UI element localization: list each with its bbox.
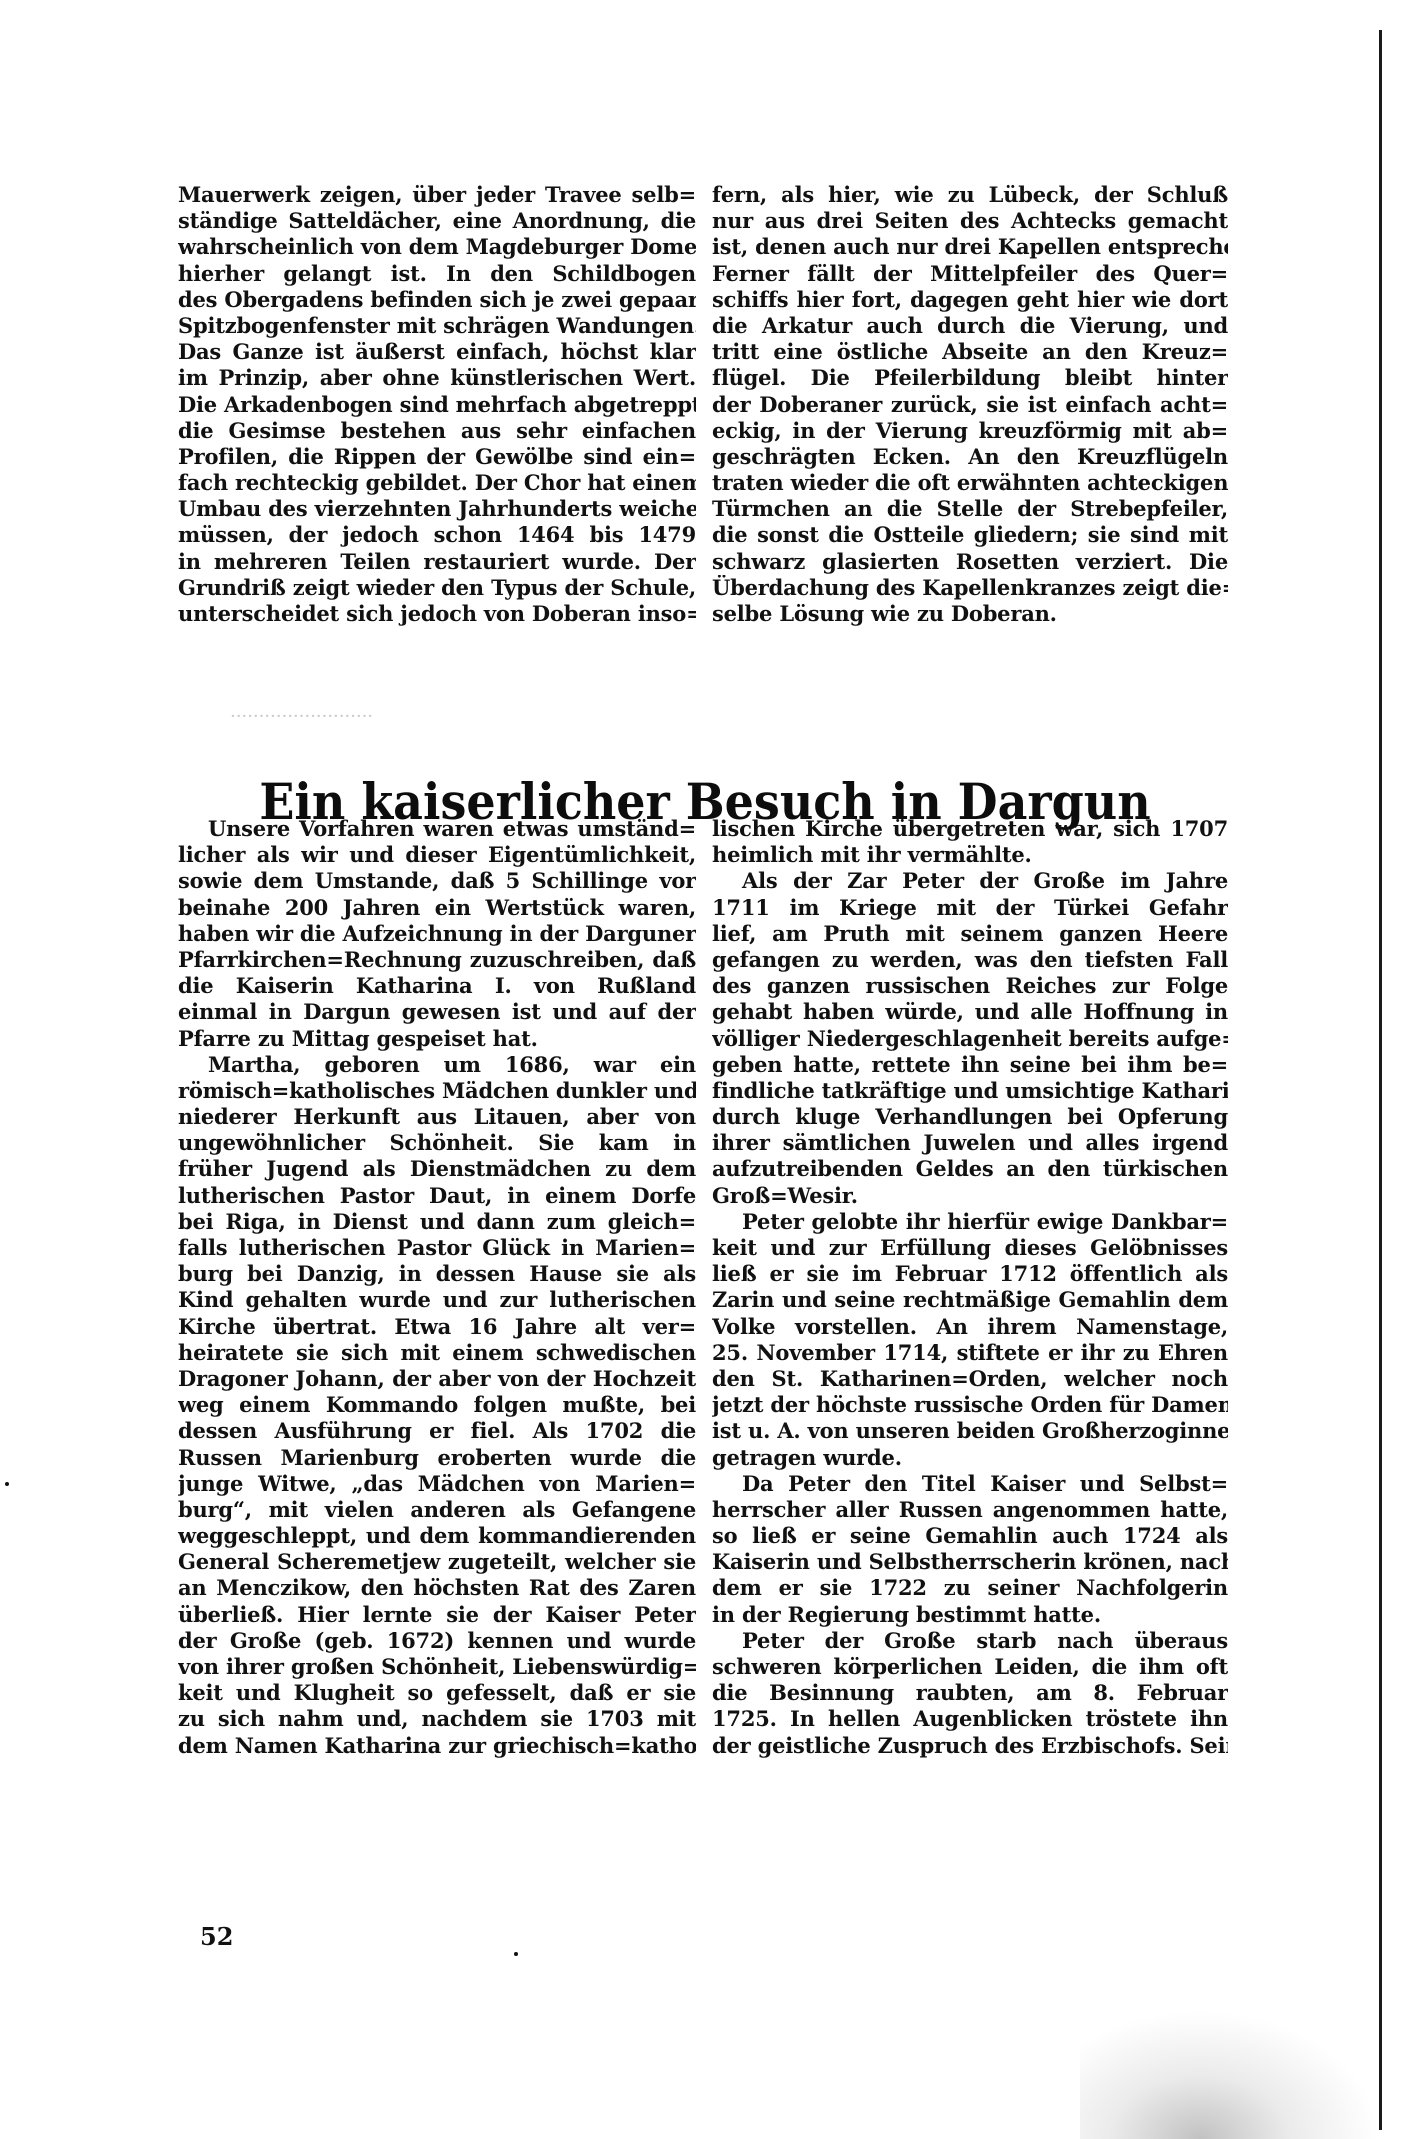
text-line: schwarz glasierten Rosetten verziert. Di… <box>712 549 1228 575</box>
text-line: in der Regierung bestimmt hatte. <box>712 1602 1228 1628</box>
text-line: fach rechteckig gebildet. Der Chor hat e… <box>178 470 696 496</box>
text-line: der Doberaner zurück, sie ist einfach ac… <box>712 392 1228 418</box>
text-line: geben hatte, rettete ihn seine bei ihm b… <box>712 1052 1228 1078</box>
text-line: heimlich mit ihr vermählte. <box>712 842 1228 868</box>
text-line: Türmchen an die Stelle der Strebepfeiler… <box>712 496 1228 522</box>
text-line: Kirche übertrat. Etwa 16 Jahre alt ver= <box>178 1314 696 1340</box>
text-line: dessen Ausführung er fiel. Als 1702 die <box>178 1418 696 1444</box>
text-line: findliche tatkräftige und umsichtige Kat… <box>712 1078 1228 1104</box>
text-line: des ganzen russischen Reiches zur Folge <box>712 973 1228 999</box>
text-line: Pfarre zu Mittag gespeiset hat. <box>178 1026 696 1052</box>
text-line: Martha, geboren um 1686, war ein <box>178 1052 696 1078</box>
ink-speck <box>514 1952 518 1956</box>
text-line: flügel. Die Pfeilerbildung bleibt hinter <box>712 365 1228 391</box>
text-line: heiratete sie sich mit einem schwedische… <box>178 1340 696 1366</box>
text-line: schweren körperlichen Leiden, die ihm of… <box>712 1654 1228 1680</box>
text-line: die Besinnung raubten, am 8. Februar <box>712 1680 1228 1706</box>
text-line: Unsere Vorfahren waren etwas umständ= <box>178 816 696 842</box>
text-line: bei Riga, in Dienst und dann zum gleich= <box>178 1209 696 1235</box>
text-line: ist u. A. von unseren beiden Großherzogi… <box>712 1418 1228 1444</box>
text-line: beinahe 200 Jahren ein Wertstück waren, <box>178 895 696 921</box>
text-line: die Kaiserin Katharina I. von Rußland <box>178 973 696 999</box>
text-line: falls lutherischen Pastor Glück in Marie… <box>178 1235 696 1261</box>
text-line: Grundriß zeigt wieder den Typus der Schu… <box>178 575 696 601</box>
text-line: Pfarrkirchen=Rechnung zuzuschreiben, daß <box>178 947 696 973</box>
text-line: Ferner fällt der Mittelpfeiler des Quer= <box>712 261 1228 287</box>
text-line: so ließ er seine Gemahlin auch 1724 als <box>712 1523 1228 1549</box>
text-line: jetzt der höchste russische Orden für Da… <box>712 1392 1228 1418</box>
text-line: haben wir die Aufzeichnung in der Dargun… <box>178 921 696 947</box>
text-line: unterscheidet sich jedoch von Doberan in… <box>178 601 696 627</box>
text-line: herrscher aller Russen angenommen hatte, <box>712 1497 1228 1523</box>
text-line: weggeschleppt, und dem kommandierenden <box>178 1523 696 1549</box>
text-line: ist, denen auch nur drei Kapellen entspr… <box>712 234 1228 260</box>
text-line: Peter der Große starb nach überaus <box>712 1628 1228 1654</box>
text-line: nur aus drei Seiten des Achtecks gemacht <box>712 208 1228 234</box>
text-line: licher als wir und dieser Eigentümlichke… <box>178 842 696 868</box>
text-line: General Scheremetjew zugeteilt, welcher … <box>178 1549 696 1575</box>
text-line: getragen wurde. <box>712 1445 1228 1471</box>
text-line: Spitzbogenfenster mit schrägen Wandungen… <box>178 313 696 339</box>
text-line: Groß=Wesir. <box>712 1183 1228 1209</box>
text-line: die Arkatur auch durch die Vierung, und <box>712 313 1228 339</box>
text-line: von ihrer großen Schönheit, Liebenswürdi… <box>178 1654 696 1680</box>
text-line: römisch=katholisches Mädchen dunkler und <box>178 1078 696 1104</box>
bottom-left-column: Unsere Vorfahren waren etwas umständ=lic… <box>178 816 696 1759</box>
top-right-column: fern, als hier, wie zu Lübeck, der Schlu… <box>712 182 1228 627</box>
text-line: zu sich nahm und, nachdem sie 1703 mit <box>178 1706 696 1732</box>
text-line: Dragoner Johann, der aber von der Hochze… <box>178 1366 696 1392</box>
text-line: lief, am Pruth mit seinem ganzen Heere <box>712 921 1228 947</box>
text-line: Umbau des vierzehnten Jahrhunderts weich… <box>178 496 696 522</box>
text-line: traten wieder die oft erwähnten achtecki… <box>712 470 1228 496</box>
text-line: schiffs hier fort, dagegen geht hier wie… <box>712 287 1228 313</box>
text-line: wahrscheinlich von dem Magdeburger Dome <box>178 234 696 260</box>
text-line: burg“, mit vielen anderen als Gefangene <box>178 1497 696 1523</box>
scan-noise <box>1080 2010 1380 2139</box>
text-line: tritt eine östliche Abseite an den Kreuz… <box>712 339 1228 365</box>
text-line: den St. Katharinen=Orden, welcher noch <box>712 1366 1228 1392</box>
text-line: müssen, der jedoch schon 1464 bis 1479 <box>178 522 696 548</box>
text-line: Kind gehalten wurde und zur lutherischen <box>178 1287 696 1313</box>
text-line: Überdachung des Kapellenkranzes zeigt di… <box>712 575 1228 601</box>
text-line: aufzutreibenden Geldes an den türkischen <box>712 1156 1228 1182</box>
text-line: hierher gelangt ist. In den Schildbogen <box>178 261 696 287</box>
text-line: in mehreren Teilen restauriert wurde. De… <box>178 549 696 575</box>
text-line: überließ. Hier lernte sie der Kaiser Pet… <box>178 1602 696 1628</box>
text-line: Zarin und seine rechtmäßige Gemahlin dem <box>712 1287 1228 1313</box>
text-line: eckig, in der Vierung kreuzförmig mit ab… <box>712 418 1228 444</box>
text-line: lischen Kirche übergetreten war, sich 17… <box>712 816 1228 842</box>
page-binding-edge <box>1379 30 1382 2130</box>
text-line: gehabt haben würde, und alle Hoffnung in <box>712 999 1228 1025</box>
text-line: Profilen, die Rippen der Gewölbe sind ei… <box>178 444 696 470</box>
text-line: dem Namen Katharina zur griechisch=katho… <box>178 1733 696 1759</box>
text-line: einmal in Dargun gewesen ist und auf der <box>178 999 696 1025</box>
text-line: ließ er sie im Februar 1712 öffentlich a… <box>712 1261 1228 1287</box>
text-line: lutherischen Pastor Daut, in einem Dorfe <box>178 1183 696 1209</box>
top-left-column: Mauerwerk zeigen, über jeder Travee selb… <box>178 182 696 627</box>
text-line: ständige Satteldächer, eine Anordnung, d… <box>178 208 696 234</box>
text-line: burg bei Danzig, in dessen Hause sie als <box>178 1261 696 1287</box>
text-line: Das Ganze ist äußerst einfach, höchst kl… <box>178 339 696 365</box>
text-line: Mauerwerk zeigen, über jeder Travee selb… <box>178 182 696 208</box>
text-line: 25. November 1714, stiftete er ihr zu Eh… <box>712 1340 1228 1366</box>
text-line: völliger Niedergeschlagenheit bereits au… <box>712 1026 1228 1052</box>
text-line: sowie dem Umstande, daß 5 Schillinge vor <box>178 868 696 894</box>
text-line: fern, als hier, wie zu Lübeck, der Schlu… <box>712 182 1228 208</box>
text-line: geschrägten Ecken. An den Kreuzflügeln <box>712 444 1228 470</box>
text-line: die sonst die Ostteile gliedern; sie sin… <box>712 522 1228 548</box>
text-line: an Menczikow, den höchsten Rat des Zaren <box>178 1575 696 1601</box>
text-line: die Gesimse bestehen aus sehr einfachen <box>178 418 696 444</box>
text-line: gefangen zu werden, was den tiefsten Fal… <box>712 947 1228 973</box>
bleed-through-text: ························· <box>230 706 373 727</box>
text-line: Russen Marienburg eroberten wurde die <box>178 1445 696 1471</box>
text-line: früher Jugend als Dienstmädchen zu dem <box>178 1156 696 1182</box>
text-line: keit und Klugheit so gefesselt, daß er s… <box>178 1680 696 1706</box>
text-line: 1711 im Kriege mit der Türkei Gefahr <box>712 895 1228 921</box>
text-line: weg einem Kommando folgen mußte, bei <box>178 1392 696 1418</box>
bottom-right-column: lischen Kirche übergetreten war, sich 17… <box>712 816 1228 1759</box>
text-line: keit und zur Erfüllung dieses Gelöbnisse… <box>712 1235 1228 1261</box>
text-line: selbe Lösung wie zu Doberan. <box>712 601 1228 627</box>
text-line: des Obergadens befinden sich je zwei gep… <box>178 287 696 313</box>
text-line: der geistliche Zuspruch des Erzbischofs.… <box>712 1733 1228 1759</box>
text-line: niederer Herkunft aus Litauen, aber von <box>178 1104 696 1130</box>
text-line: durch kluge Verhandlungen bei Opferung <box>712 1104 1228 1130</box>
text-line: dem er sie 1722 zu seiner Nachfolgerin <box>712 1575 1228 1601</box>
ink-speck <box>5 1482 9 1486</box>
text-line: Die Arkadenbogen sind mehrfach abgetrepp… <box>178 392 696 418</box>
text-line: ihrer sämtlichen Juwelen und alles irgen… <box>712 1130 1228 1156</box>
text-line: Volke vorstellen. An ihrem Namenstage, <box>712 1314 1228 1340</box>
text-line: 1725. In hellen Augenblicken tröstete ih… <box>712 1706 1228 1732</box>
page-number: 52 <box>200 1922 233 1951</box>
text-line: Als der Zar Peter der Große im Jahre <box>712 868 1228 894</box>
text-line: Da Peter den Titel Kaiser und Selbst= <box>712 1471 1228 1497</box>
text-line: Kaiserin und Selbstherrscherin krönen, n… <box>712 1549 1228 1575</box>
text-line: junge Witwe, „das Mädchen von Marien= <box>178 1471 696 1497</box>
text-line: im Prinzip, aber ohne künstlerischen Wer… <box>178 365 696 391</box>
text-line: der Große (geb. 1672) kennen und wurde <box>178 1628 696 1654</box>
text-line: ungewöhnlicher Schönheit. Sie kam in <box>178 1130 696 1156</box>
text-line: Peter gelobte ihr hierfür ewige Dankbar= <box>712 1209 1228 1235</box>
